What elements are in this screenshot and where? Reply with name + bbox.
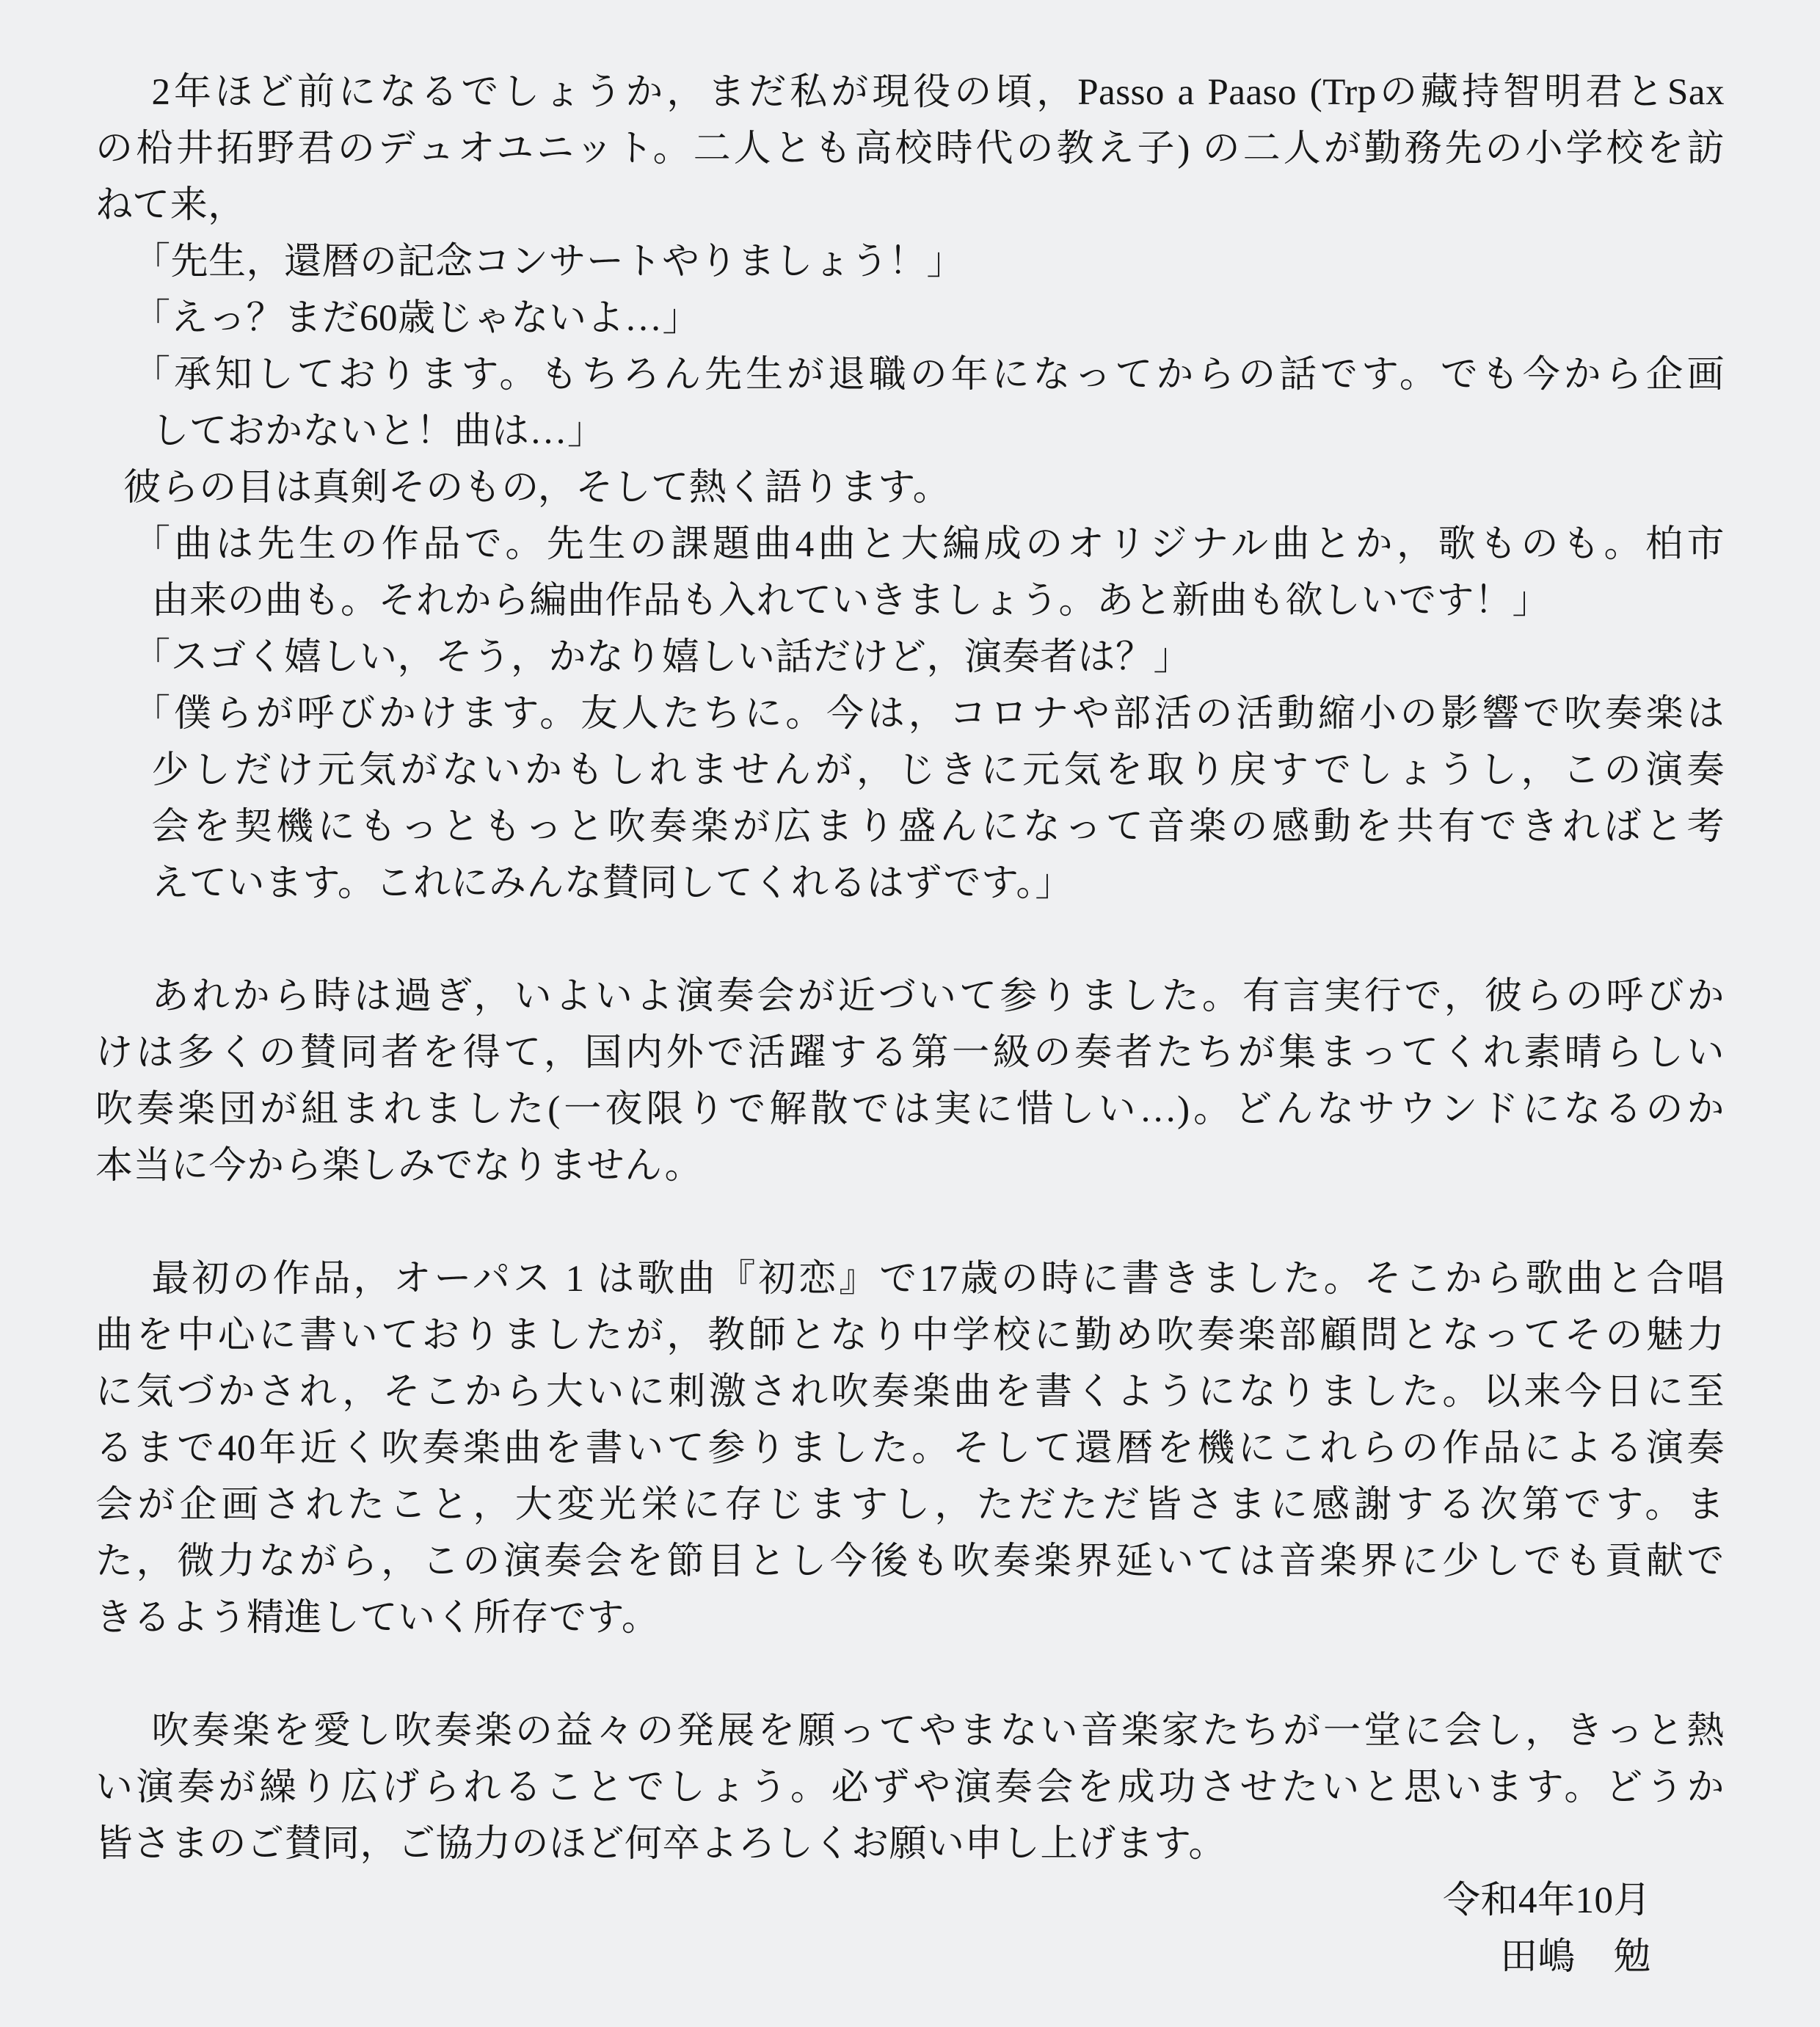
text-line: い演奏が繰り広げられることでしょう。必ずや演奏会を成功させたいと思います。どうか (95, 1760, 1725, 1816)
text-line: 「僕らが呼びかけます。友人たちに。今は，コロナや部活の活動縮小の影響で吹奏楽は (95, 686, 1725, 743)
text-line: あれから時は過ぎ，いよいよ演奏会が近づいて参りました。有言実行で，彼らの呼びか (95, 969, 1725, 1025)
text-line: 「スゴく嬉しい，そう，かなり嬉しい話だけど，演奏者は？」 (95, 630, 1725, 686)
text-line: えています。これにみんな賛同してくれるはずです。」 (95, 856, 1725, 912)
text-line: の柗井拓野君のデュオユニット。二人とも高校時代の教え子) の二人が勤務先の小学校… (95, 121, 1725, 178)
text-line: ねて来， (95, 178, 1725, 234)
text-line: 会が企画されたこと，大変光栄に存じますし，ただただ皆さまに感謝する次第です。ま (95, 1477, 1725, 1534)
text-line: 会を契機にもっともっと吹奏楽が広まり盛んになって音楽の感動を共有できればと考 (95, 799, 1725, 856)
text-line: 2年ほど前になるでしょうか，まだ私が現役の頃，Passo a Paaso (Tr… (95, 65, 1725, 121)
text-line: 皆さまのご賛同，ご協力のほど何卒よろしくお願い申し上げます。 (95, 1816, 1725, 1873)
text-line: 「曲は先生の作品で。先生の課題曲4曲と大編成のオリジナル曲とか，歌ものも。柏市 (95, 517, 1725, 573)
text-line: きるよう精進していく所存です。 (95, 1590, 1725, 1647)
signature-name: 田嶋 勉 (95, 1929, 1725, 1986)
text-line: るまで40年近く吹奏楽曲を書いて参りました。そして還暦を機にこれらの作品による演… (95, 1421, 1725, 1477)
text-line: 吹奏楽を愛し吹奏楽の益々の発展を願ってやまない音楽家たちが一堂に会し，きっと熱 (95, 1703, 1725, 1760)
text-line: た，微力ながら，この演奏会を節目とし今後も吹奏楽界延いては音楽界に少しでも貢献で (95, 1534, 1725, 1590)
text-line: 「承知しております。もちろん先生が退職の年になってからの話です。でも今から企画 (95, 347, 1725, 404)
text-line: 本当に今から楽しみでなりません。 (95, 1138, 1725, 1195)
text-line: に気づかされ，そこから大いに刺激され吹奏楽曲を書くようになりました。以来今日に至 (95, 1364, 1725, 1421)
letter-document: 2年ほど前になるでしょうか，まだ私が現役の頃，Passo a Paaso (Tr… (0, 0, 1820, 2027)
text-line: 最初の作品，オーパス 1 は歌曲『初恋』で17歳の時に書きました。そこから歌曲と… (95, 1251, 1725, 1308)
text-line: けは多くの賛同者を得て，国内外で活躍する第一級の奏者たちが集まってくれ素晴らしい (95, 1025, 1725, 1082)
text-line: 「えっ？まだ60歳じゃないよ…」 (95, 291, 1725, 347)
text-line: 吹奏楽団が組まれました(一夜限りで解散では実に惜しい…)。どんなサウンドになるの… (95, 1082, 1725, 1138)
text-line: しておかないと！曲は…」 (95, 404, 1725, 460)
text-line: 曲を中心に書いておりましたが，教師となり中学校に勤め吹奏楽部顧問となってその魅力 (95, 1308, 1725, 1364)
text-line: 「先生，還暦の記念コンサートやりましょう！」 (95, 234, 1725, 291)
text-line: 由来の曲も。それから編曲作品も入れていきましょう。あと新曲も欲しいです！」 (95, 573, 1725, 630)
text-line: 彼らの目は真剣そのもの，そして熱く語ります。 (95, 460, 1725, 517)
text-line: 少しだけ元気がないかもしれませんが，じきに元気を取り戻すでしょうし，この演奏 (95, 743, 1725, 799)
date-line: 令和4年10月 (95, 1873, 1725, 1929)
